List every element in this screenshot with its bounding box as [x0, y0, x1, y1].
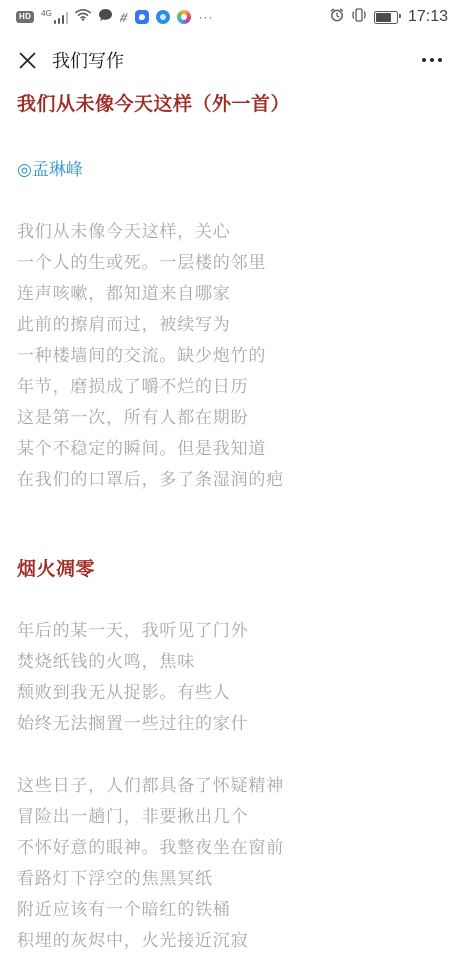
clock-time: 17:13	[408, 8, 448, 26]
article-author: ◎孟琳峰	[17, 159, 445, 180]
more-notifications-icon: ···	[199, 11, 214, 23]
alarm-clock-icon	[330, 8, 344, 27]
poem-line: 一个人的生或死。一层楼的邻里	[17, 247, 445, 278]
signal-bars-icon	[54, 12, 69, 24]
phone-screen: HD 4G # ···	[0, 0, 462, 960]
hd-badge-icon: HD	[16, 11, 34, 23]
poem-line: 焚烧纸钱的火鸣，焦味	[17, 646, 445, 677]
message-bubble-icon	[98, 8, 113, 27]
article-title: 我们从未像今天这样（外一首）	[17, 93, 445, 116]
status-icons-right: 17:13	[330, 8, 448, 27]
poem-line: 某个不稳定的瞬间。但是我知道	[17, 433, 445, 464]
poem-line: 年后的某一天，我听见了门外	[17, 615, 445, 646]
status-icons-left: HD 4G # ···	[16, 8, 214, 27]
second-poem-title: 烟火凋零	[17, 558, 445, 581]
poem-line: 这些日子，人们都具备了怀疑精神	[17, 770, 445, 801]
close-icon[interactable]	[16, 49, 38, 71]
poem-line: 积埋的灰烬中，火光接近沉寂	[17, 925, 445, 956]
poem-line: 年节，磨损成了嚼不烂的日历	[17, 371, 445, 402]
wifi-icon	[75, 8, 91, 26]
poem-first: 我们从未像今天这样，关心 一个人的生或死。一层楼的邻里 连声咳嗽，都知道来自哪家…	[17, 216, 445, 495]
nav-bar: 我们写作	[0, 32, 462, 88]
status-bar: HD 4G # ···	[0, 0, 462, 32]
poem-line: 始终无法搁置一些过往的家什	[17, 708, 445, 739]
more-menu-icon[interactable]	[422, 52, 442, 68]
page-title: 我们写作	[52, 47, 422, 73]
poem-line: 我们从未像今天这样，关心	[17, 216, 445, 247]
blue-square-app-icon	[135, 10, 149, 24]
network-type-label: 4G	[41, 10, 52, 18]
colorful-app-icon	[177, 10, 191, 24]
poem-line: 连声咳嗽，都知道来自哪家	[17, 278, 445, 309]
poem-second-stanza1: 年后的某一天，我听见了门外 焚烧纸钱的火鸣，焦味 颓败到我无从捉影。有些人 始终…	[17, 615, 445, 739]
poem-line: 在我们的口罩后，多了条湿润的疤	[17, 464, 445, 495]
input-method-icon: #	[119, 10, 129, 25]
poem-line: 冒险出一趟门，非要揪出几个	[17, 801, 445, 832]
vibrate-icon	[351, 8, 367, 27]
poem-line: 这是第一次，所有人都在期盼	[17, 402, 445, 433]
poem-line: 看路灯下浮空的焦黑冥纸	[17, 863, 445, 894]
poem-line: 一种楼墙间的交流。缺少炮竹的	[17, 340, 445, 371]
poem-second-stanza2: 这些日子，人们都具备了怀疑精神 冒险出一趟门，非要揪出几个 不怀好意的眼神。我整…	[17, 770, 445, 956]
battery-icon	[374, 11, 398, 24]
poem-line: 此前的擦肩而过，被续写为	[17, 309, 445, 340]
cellular-signal-icon: 4G	[41, 10, 68, 24]
poem-line: 颓败到我无从捉影。有些人	[17, 677, 445, 708]
article-scroll-area[interactable]: 我们从未像今天这样（外一首） ◎孟琳峰 我们从未像今天这样，关心 一个人的生或死…	[0, 93, 462, 956]
poem-line: 不怀好意的眼神。我整夜坐在窗前	[17, 832, 445, 863]
poem-line: 附近应该有一个暗红的铁桶	[17, 894, 445, 925]
blue-circle-app-icon	[156, 10, 170, 24]
